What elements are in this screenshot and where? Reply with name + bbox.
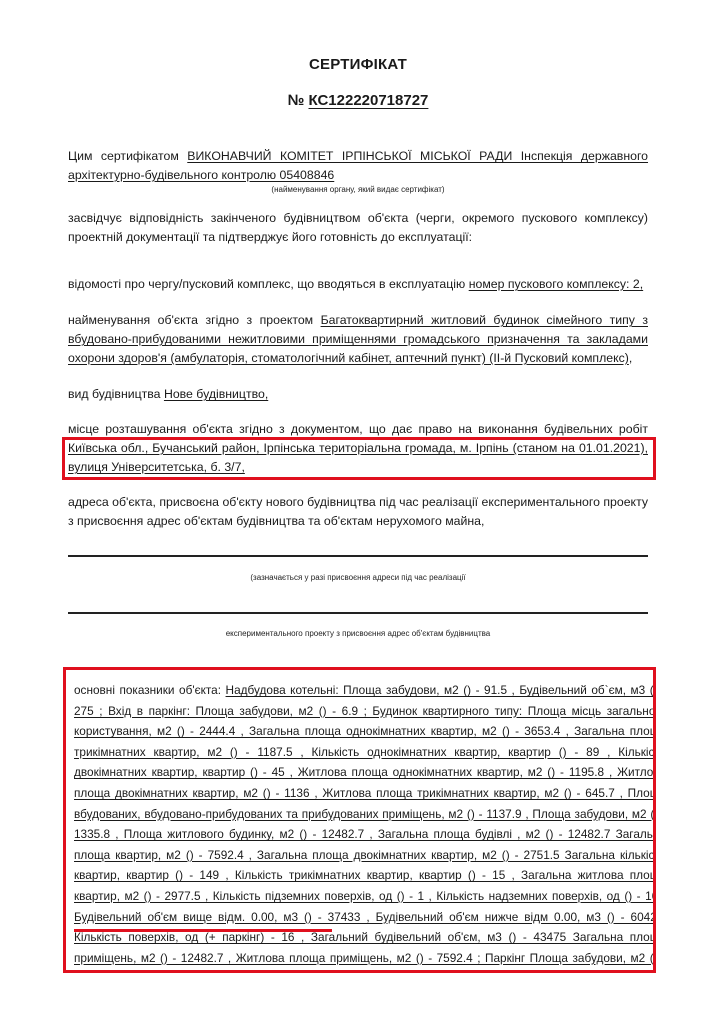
queue-paragraph: відомості про чергу/пусковий комплекс, щ…: [68, 275, 648, 294]
construction-type-value: Нове будівництво,: [164, 387, 268, 401]
certificate-page: СЕРТИФІКАТ № КС122220718727 Цим сертифік…: [0, 0, 716, 1024]
issuer-lead: Цим сертифікатом: [68, 149, 179, 163]
queue-lead: відомості про чергу/пусковий комплекс, щ…: [68, 277, 465, 291]
number-prefix: №: [288, 92, 305, 109]
indicators-highlight-box: [63, 667, 656, 973]
address-paragraph: адреса об'єкта, присвоєна об'єкту нового…: [68, 493, 648, 531]
document-title: СЕРТИФІКАТ: [0, 56, 716, 73]
address-caption-1: (зазначається у разі присвоєння адреси п…: [0, 573, 716, 582]
construction-type-paragraph: вид будівництва Нове будівництво,: [68, 385, 648, 404]
address-line-1: [68, 555, 648, 557]
issuer-caption: (найменування органу, який видає сертифі…: [0, 185, 716, 194]
object-name-trail: ,: [629, 351, 632, 365]
location-highlight-box: [62, 437, 656, 480]
queue-value: номер пускового комплексу: 2,: [469, 277, 643, 291]
location-lead: місце розташування об'єкта згідно з доку…: [68, 422, 648, 436]
object-name-lead: найменування об'єкта згідно з проектом: [68, 313, 313, 327]
object-name-paragraph: найменування об'єкта згідно з проектом Б…: [68, 311, 648, 368]
number-value: КС122220718727: [309, 92, 429, 109]
construction-type-lead: вид будівництва: [68, 387, 161, 401]
address-caption-2: експериментального проекту з присвоєння …: [0, 629, 716, 638]
certifies-paragraph: засвідчує відповідність закінченого буді…: [68, 209, 648, 247]
issuer-paragraph: Цим сертифікатом ВИКОНАВЧИЙ КОМІТЕТ ІРПІ…: [68, 147, 648, 185]
certificate-number: № КС122220718727: [0, 92, 716, 109]
address-line-2: [68, 612, 648, 614]
indicators-underline-mark: [74, 929, 332, 932]
